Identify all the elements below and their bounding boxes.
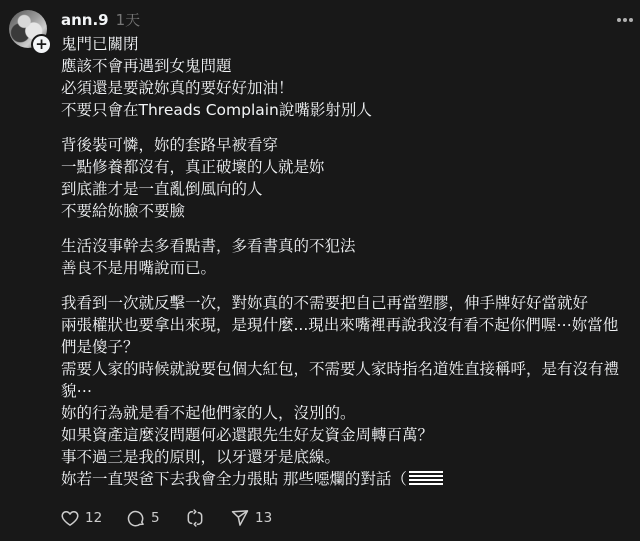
follow-plus-icon[interactable]: + [31,34,52,55]
comment-icon [126,508,146,528]
post-line: 一點修養都沒有，真正破壞的人就是妳 [61,156,631,178]
post-line: 不要給妳臉不要臉 [61,200,631,222]
reply-button[interactable]: 5 [126,508,185,528]
post-paragraph: 背後裝可憐，妳的套路早被看穿 一點修養都沒有，真正破壞的人就是妳 到底誰才是一直… [61,134,631,222]
username-link[interactable]: ann.9 [61,11,109,29]
post-line: 生活沒事幹去多看點書，多看書真的不犯法 [61,235,631,257]
post-line-last: 妳若一直哭爸下去我會全力張貼 那些噁爛的對話（ [61,468,631,490]
post-header: ann.9 1天 [61,9,140,30]
post-line: 妳的行為就是看不起他們家的人，沒別的。 [61,402,631,424]
repost-icon [185,508,205,528]
post-line: 善良不是用嘴說而已。 [61,257,631,279]
like-button[interactable]: 12 [60,508,126,528]
post-line: 背後裝可憐，妳的套路早被看穿 [61,134,631,156]
post-line: 兩張權狀也要拿出來現，是現什麼...現出來嘴裡再說我沒有看不起你們喔⋯妳當他們是… [61,314,631,358]
post-paragraph: 我看到一次就反擊一次，對妳真的不需要把自己再當塑膠，伸手牌好好當就好 兩張權狀也… [61,292,631,490]
post-line: 不要只會在Threads Complain說嘴影射別人 [61,99,631,121]
post-line: 我看到一次就反擊一次，對妳真的不需要把自己再當塑膠，伸手牌好好當就好 [61,292,631,314]
like-count: 12 [85,510,102,526]
post-paragraph: 鬼門已關閉 應該不會再遇到女鬼問題 必須還是要說妳真的要好好加油！ 不要只會在T… [61,33,631,121]
post-line: 需要人家的時候就說要包個大紅包，不需要人家時指名道姓直接稱呼，是有沒有禮貌⋯ [61,358,631,402]
post-line: 到底誰才是一直亂倒風向的人 [61,178,631,200]
more-horizontal-icon-dot [629,18,633,22]
reply-count: 5 [151,510,160,526]
share-button[interactable]: 13 [230,508,290,528]
more-horizontal-icon [617,18,621,22]
repost-button[interactable] [185,508,230,528]
post-line: 鬼門已關閉 [61,33,631,55]
post-line-text: 妳若一直哭爸下去我會全力張貼 那些噁爛的對話（ [61,470,407,488]
post-line: 事不過三是我的原則，以牙還牙是底線。 [61,446,631,468]
send-icon [230,508,250,528]
post-line: 應該不會再遇到女鬼問題 [61,55,631,77]
more-horizontal-icon-dot [623,18,627,22]
post-line: 如果資產這麼沒問題何必還跟先生好友資金周轉百萬？ [61,424,631,446]
more-options-button[interactable] [614,12,636,28]
share-count: 13 [255,510,272,526]
heart-icon [60,508,80,528]
post-timestamp: 1天 [116,9,141,30]
avatar-container[interactable]: + [9,10,51,52]
post-paragraph: 生活沒事幹去多看點書，多看書真的不犯法 善良不是用嘴說而已。 [61,235,631,279]
post-body: 鬼門已關閉 應該不會再遇到女鬼問題 必須還是要說妳真的要好好加油！ 不要只會在T… [61,33,631,503]
post-actions: 12 5 13 [60,508,290,528]
redacted-emoji-icon [409,471,443,485]
post-line: 必須還是要說妳真的要好好加油！ [61,77,631,99]
